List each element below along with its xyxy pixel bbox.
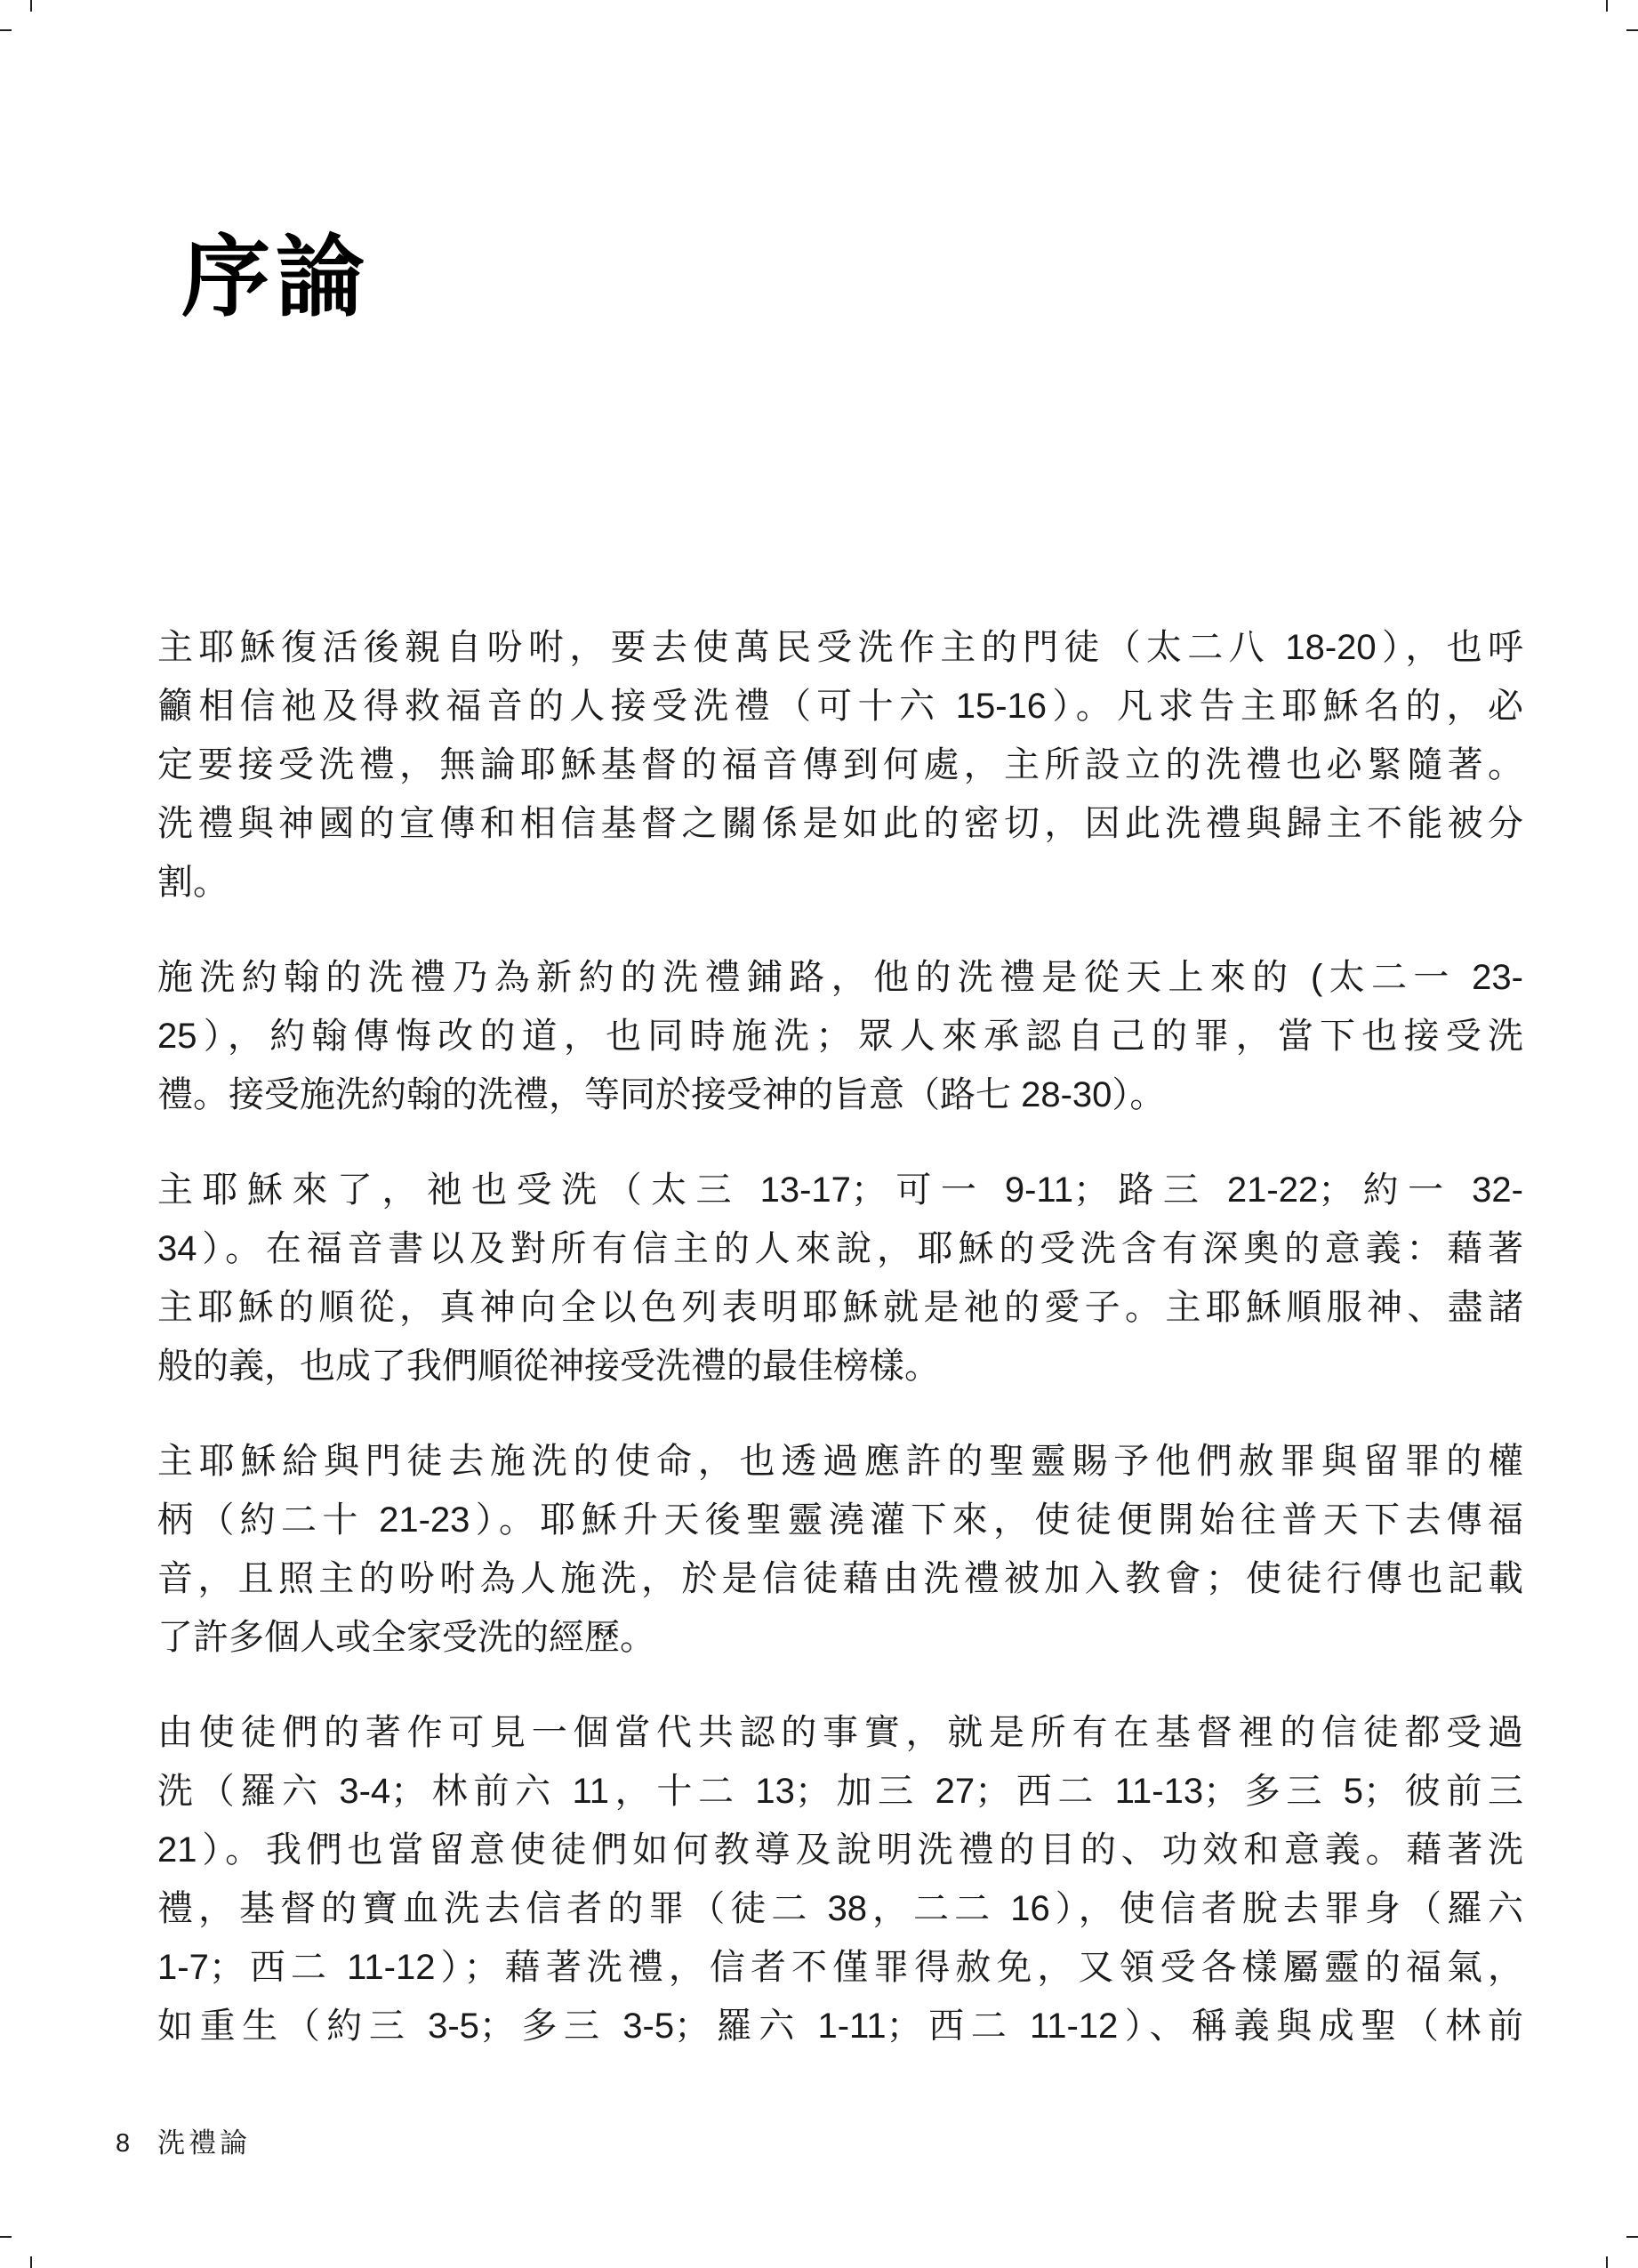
text-line: 1-7；西二 11-12）；藉著洗禮，信者不僅罪得赦免，又領受各樣屬靈的福氣， (157, 1938, 1523, 1997)
page-footer: 8 洗禮論 (116, 2127, 130, 2159)
crop-mark (1626, 2236, 1638, 2238)
book-page: 序論 主耶穌復活後親自吩咐，要去使萬民受洗作主的門徒（太二八 18-20），也呼… (0, 0, 1638, 2268)
paragraph: 主耶穌來了，祂也受洗（太三 13-17；可一 9-11；路三 21-22；約一 … (157, 1161, 1523, 1395)
crop-mark (0, 2236, 12, 2238)
chapter-title: 序論 (181, 229, 370, 326)
running-book-title: 洗禮論 (157, 2127, 251, 2159)
text-line: 21）。我們也當留意使徒們如何教導及說明洗禮的目的、功效和意義。藉著洗 (157, 1821, 1523, 1879)
body-paragraphs: 主耶穌復活後親自吩咐，要去使萬民受洗作主的門徒（太二八 18-20），也呼籲相信… (157, 618, 1523, 2055)
text-line: 25），約翰傳悔改的道，也同時施洗；眾人來承認自己的罪，當下也接受洗 (157, 1007, 1523, 1066)
paragraph: 施洗約翰的洗禮乃為新約的洗禮鋪路，他的洗禮是從天上來的 (太二一 23-25），… (157, 948, 1523, 1124)
text-line: 禮。接受施洗約翰的洗禮，等同於接受神的旨意（路七 28-30）。 (157, 1066, 1523, 1124)
page-number: 8 (116, 2127, 130, 2159)
text-line: 主耶穌復活後親自吩咐，要去使萬民受洗作主的門徒（太二八 18-20），也呼 (157, 618, 1523, 677)
text-line: 禮，基督的寶血洗去信者的罪（徒二 38，二二 16），使信者脫去罪身（羅六 (157, 1879, 1523, 1938)
paragraph: 主耶穌復活後親自吩咐，要去使萬民受洗作主的門徒（太二八 18-20），也呼籲相信… (157, 618, 1523, 912)
paragraph: 由使徒們的著作可見一個當代共認的事實，就是所有在基督裡的信徒都受過洗（羅六 3-… (157, 1703, 1523, 2055)
text-line: 主耶穌的順從，真神向全以色列表明耶穌就是祂的愛子。主耶穌順服神、盡諸 (157, 1278, 1523, 1337)
paragraph: 主耶穌給與門徒去施洗的使命，也透過應許的聖靈賜予他們赦罪與留罪的權柄（約二十 2… (157, 1432, 1523, 1667)
text-line: 定要接受洗禮，無論耶穌基督的福音傳到何處，主所設立的洗禮也必緊隨著。 (157, 736, 1523, 794)
crop-mark (30, 2256, 32, 2268)
text-line: 音，且照主的吩咐為人施洗，於是信徒藉由洗禮被加入教會；使徒行傳也記載 (157, 1549, 1523, 1608)
text-line: 割。 (157, 853, 1523, 912)
text-line: 主耶穌給與門徒去施洗的使命，也透過應許的聖靈賜予他們赦罪與留罪的權 (157, 1432, 1523, 1491)
text-line: 洗禮與神國的宣傳和相信基督之關係是如此的密切，因此洗禮與歸主不能被分 (157, 794, 1523, 853)
text-line: 了許多個人或全家受洗的經歷。 (157, 1608, 1523, 1667)
text-line: 34）。在福音書以及對所有信主的人來說，耶穌的受洗含有深奧的意義：藉著 (157, 1219, 1523, 1278)
text-line: 如重生（約三 3-5；多三 3-5；羅六 1-11；西二 11-12）、稱義與成… (157, 1997, 1523, 2055)
text-line: 洗（羅六 3-4；林前六 11，十二 13；加三 27；西二 11-13；多三 … (157, 1762, 1523, 1821)
text-line: 施洗約翰的洗禮乃為新約的洗禮鋪路，他的洗禮是從天上來的 (太二一 23- (157, 948, 1523, 1007)
text-line: 主耶穌來了，祂也受洗（太三 13-17；可一 9-11；路三 21-22；約一 … (157, 1161, 1523, 1219)
crop-mark (1606, 2256, 1608, 2268)
crop-mark (1626, 29, 1638, 31)
text-line: 由使徒們的著作可見一個當代共認的事實，就是所有在基督裡的信徒都受過 (157, 1703, 1523, 1762)
text-line: 籲相信祂及得救福音的人接受洗禮（可十六 15-16）。凡求告主耶穌名的，必 (157, 677, 1523, 736)
text-line: 般的義，也成了我們順從神接受洗禮的最佳榜樣。 (157, 1337, 1523, 1395)
crop-mark (0, 29, 12, 31)
crop-mark (1606, 0, 1608, 12)
crop-mark (30, 0, 32, 12)
text-line: 柄（約二十 21-23）。耶穌升天後聖靈澆灌下來，使徒便開始往普天下去傳福 (157, 1491, 1523, 1549)
